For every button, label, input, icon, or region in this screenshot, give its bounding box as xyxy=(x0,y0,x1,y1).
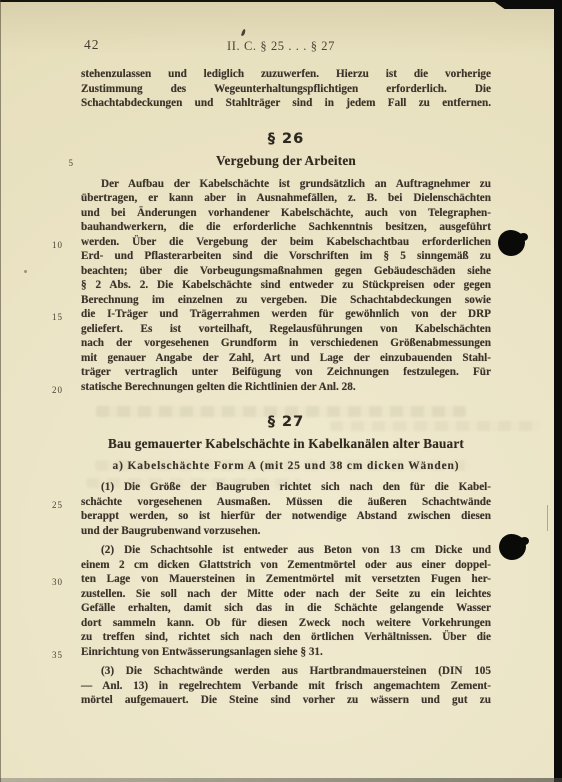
text-line-content: übertragen, er kann aber in Ausnahmefäll… xyxy=(81,192,491,204)
text-line-content: geliefert. Es ist vorteilhaft, Regelausf… xyxy=(81,323,491,335)
text-line-content: Gefälle erhalten, damit sich das in die … xyxy=(81,602,491,614)
heading-text: Bau gemauerter Kabelschächte in Kabelkan… xyxy=(108,436,464,451)
scan-edge-top xyxy=(0,0,562,2)
text-line-content: Erd- und Pflasterarbeiten sind die Vorsc… xyxy=(81,250,491,262)
paragraph: (3) Die Schachtwände werden aus Hartbran… xyxy=(81,664,491,708)
text-line: statische Berechnungen gelten die Richtl… xyxy=(81,380,491,395)
margin-line-number: 30 xyxy=(52,575,74,590)
heading-text: § 27 xyxy=(268,414,304,430)
margin-line-number: 5 xyxy=(52,156,74,171)
section-title-heading: Vergebung der Arbeiten5 xyxy=(81,153,491,168)
text-line: geliefert. Es ist vorteilhaft, Regelausf… xyxy=(81,322,491,337)
text-line-content: dort sammeln kann. Ob für diesen Zweck n… xyxy=(81,617,491,629)
subsection-heading: a) Kabelschächte Form A (mit 25 und 38 c… xyxy=(81,459,491,474)
text-line-content: schächte vorgesehenen Ausmaßen. Müssen d… xyxy=(81,496,491,508)
text-line-content: bauhandwerkern, die die erforderliche Sa… xyxy=(81,221,491,233)
text-line-content: einem 2 cm dicken Glattstrich von Zement… xyxy=(81,559,491,571)
text-line-content: Der Aufbau der Kabelschächte ist grundsä… xyxy=(101,178,491,190)
text-line-content: berappt werden, so ist hierfür der notwe… xyxy=(81,510,491,522)
text-line: und bei Änderungen vorhandener Kabelschä… xyxy=(81,206,491,221)
text-line: werden. Über die Vergebung der beim Kabe… xyxy=(81,235,491,250)
punch-hole-bottom xyxy=(499,534,526,560)
heading-text: a) Kabelschächte Form A (mit 25 und 38 c… xyxy=(113,460,460,472)
text-line: zu treffen sind, richtet sich nach den ö… xyxy=(81,630,491,645)
text-line: § 2 Abs. 2. Die Kabelschächte sind entwe… xyxy=(81,278,491,293)
text-line-content: die I-Träger und Trägerrahmen werden für… xyxy=(81,308,491,320)
ink-speck xyxy=(241,29,246,37)
text-line: Schachtabdeckungen und Stahlträger sind … xyxy=(81,96,491,111)
scratch-mark xyxy=(547,505,548,531)
text-line-content: — Anl. 13) in regelrechtem Verbande mit … xyxy=(81,680,491,692)
text-line: Gefälle erhalten, damit sich das in die … xyxy=(81,601,491,616)
punch-hole-top xyxy=(498,230,525,256)
text-line: stehenzulassen und lediglich zuzuwerfen.… xyxy=(81,67,491,82)
text-line: (1) Die Größe der Baugruben richtet sich… xyxy=(81,480,491,495)
text-line: mörtel aufgemauert. Die Steine sind vorh… xyxy=(81,693,491,708)
text-line: mit genauer Angabe der Zahl, Art und Lag… xyxy=(81,351,491,366)
heading-text: § 26 xyxy=(268,131,304,147)
text-line: Erd- und Pflasterarbeiten sind die Vorsc… xyxy=(81,249,491,264)
paragraph: Der Aufbau der Kabelschächte ist grundsä… xyxy=(81,177,491,395)
text-line: ten Lage von Mauersteinen in Zementmörte… xyxy=(81,572,491,587)
text-line: übertragen, er kann aber in Ausnahmefäll… xyxy=(81,191,491,206)
section-number-heading: § 26 xyxy=(81,131,491,148)
paragraph: stehenzulassen und lediglich zuzuwerfen.… xyxy=(81,67,491,111)
text-line-content: ten Lage von Mauersteinen in Zementmörte… xyxy=(81,573,491,585)
text-line-content: Zustimmung des Wegeunterhaltungspflichti… xyxy=(81,83,491,95)
ink-speck xyxy=(24,270,27,273)
text-line: schächte vorgesehenen Ausmaßen. Müssen d… xyxy=(81,495,491,510)
text-line-content: nach der vorgesehenen Grundform in versc… xyxy=(81,337,491,349)
scanned-page: 42 II. C. § 25 . . . § 27 stehenzulassen… xyxy=(0,0,562,782)
scan-edge-left xyxy=(0,0,1,782)
text-line: und der Baugrubenwand vorzusehen. xyxy=(81,524,491,539)
text-line-content: beachten; über die Vorbeugungsmaßnahmen … xyxy=(81,265,491,277)
text-line: beachten; über die Vorbeugungsmaßnahmen … xyxy=(81,264,491,279)
text-line: Einrichtung von Entwässerungsanlagen sie… xyxy=(81,645,491,660)
text-line-content: statische Berechnungen gelten die Richtl… xyxy=(81,381,356,393)
paragraph: (1) Die Größe der Baugruben richtet sich… xyxy=(81,480,491,538)
section-number-heading: § 27 xyxy=(81,414,491,431)
text-line-content: (2) Die Schachtsohle ist entweder aus Be… xyxy=(101,544,491,556)
margin-line-number: 20 xyxy=(52,383,74,398)
text-line: — Anl. 13) in regelrechtem Verbande mit … xyxy=(81,679,491,694)
text-flow: stehenzulassen und lediglich zuzuwerfen.… xyxy=(81,67,491,708)
text-line-content: träger vertraglich unter Beifügung von Z… xyxy=(81,366,491,378)
text-line: träger vertraglich unter Beifügung von Z… xyxy=(81,365,491,380)
text-line: berappt werden, so ist hierfür der notwe… xyxy=(81,509,491,524)
text-line-content: werden. Über die Vergebung der beim Kabe… xyxy=(81,236,491,248)
text-line-content: Schachtabdeckungen und Stahlträger sind … xyxy=(81,97,491,109)
text-line: dort sammeln kann. Ob für diesen Zweck n… xyxy=(81,616,491,631)
margin-line-number: 10 xyxy=(52,238,74,253)
text-line-content: stehenzulassen und lediglich zuzuwerfen.… xyxy=(81,68,491,80)
text-line: Zustimmung des Wegeunterhaltungspflichti… xyxy=(81,82,491,97)
text-line: bauhandwerkern, die die erforderliche Sa… xyxy=(81,220,491,235)
section-title-heading: Bau gemauerter Kabelschächte in Kabelkan… xyxy=(81,436,491,451)
paragraph: (2) Die Schachtsohle ist entweder aus Be… xyxy=(81,543,491,659)
text-line: (3) Die Schachtwände werden aus Hartbran… xyxy=(81,664,491,679)
text-line-content: § 2 Abs. 2. Die Kabelschächte sind entwe… xyxy=(81,279,491,291)
scan-edge-top-right xyxy=(492,0,562,9)
text-line: Berechnung im einzelnen zu vergeben. Die… xyxy=(81,293,491,308)
text-line-content: Berechnung im einzelnen zu vergeben. Die… xyxy=(81,294,491,306)
text-line-content: mit genauer Angabe der Zahl, Art und Lag… xyxy=(81,352,491,364)
text-line-content: zu treffen sind, richtet sich nach den ö… xyxy=(81,631,491,643)
text-line: Der Aufbau der Kabelschächte ist grundsä… xyxy=(81,177,491,192)
text-line-content: mörtel aufgemauert. Die Steine sind vorh… xyxy=(81,694,491,706)
text-line: zustellen. Sie soll nach der Mitte oder … xyxy=(81,587,491,602)
text-line-content: (3) Die Schachtwände werden aus Hartbran… xyxy=(101,665,491,677)
text-line: einem 2 cm dicken Glattstrich von Zement… xyxy=(81,558,491,573)
text-line-content: zustellen. Sie soll nach der Mitte oder … xyxy=(81,588,491,600)
text-line-content: Einrichtung von Entwässerungsanlagen sie… xyxy=(81,646,323,658)
margin-line-number: 25 xyxy=(52,498,74,513)
margin-line-number: 15 xyxy=(52,310,74,325)
text-line: (2) Die Schachtsohle ist entweder aus Be… xyxy=(81,543,491,558)
text-line-content: und bei Änderungen vorhandener Kabelschä… xyxy=(81,207,491,219)
heading-text: Vergebung der Arbeiten xyxy=(216,153,356,168)
text-line: die I-Träger und Trägerrahmen werden für… xyxy=(81,307,491,322)
text-line: nach der vorgesehenen Grundform in versc… xyxy=(81,336,491,351)
scan-edge-bottom xyxy=(0,778,562,782)
scan-edge-right xyxy=(554,0,562,782)
margin-line-number: 35 xyxy=(52,648,74,663)
text-line-content: und der Baugrubenwand vorzusehen. xyxy=(81,525,260,537)
running-header: II. C. § 25 . . . § 27 xyxy=(0,39,562,54)
text-line-content: (1) Die Größe der Baugruben richtet sich… xyxy=(101,481,491,493)
